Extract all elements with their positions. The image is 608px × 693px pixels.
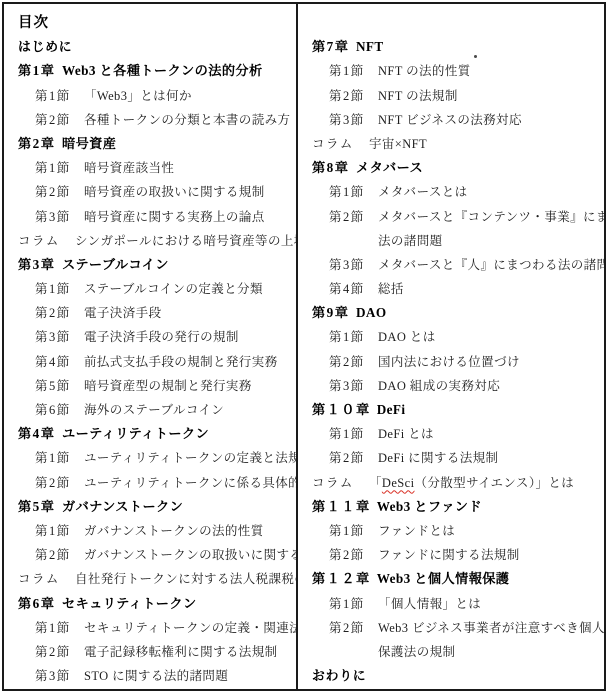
entry-title: 「Web3」とは何か: [84, 89, 192, 103]
entry-label: 第4節: [329, 277, 378, 301]
entry-continuation-text: 保護法の規制: [378, 645, 455, 659]
entry-title: 国内法における位置づけ: [378, 355, 520, 369]
section-entry: 第5節暗号資産型の規制と発行実務: [4, 374, 296, 398]
section-entry: 第2節電子記録移転権利に関する法規制: [4, 640, 296, 664]
entry-label: コラム: [18, 567, 75, 591]
entry-title: ファンドとは: [378, 524, 455, 538]
entry-label: 第2節: [329, 84, 378, 108]
entry-label: 第2節: [35, 180, 84, 204]
toc-page: { "toc": { "page_title": "目次", "colors":…: [0, 0, 608, 693]
entry-title: 自社発行トークンに対する法人税課税の問題: [75, 572, 298, 586]
entry-title: Web3 とファンド: [377, 499, 482, 514]
entry-title: 電子記録移転権利に関する法規制: [84, 645, 278, 659]
entry-label: 第1節: [329, 422, 378, 446]
entry-label: 第3節: [35, 325, 84, 349]
entry-title: ガバナンストークンの取扱いに関する規制: [84, 548, 298, 562]
section-entry: 第1節「個人情報」とは: [298, 592, 604, 616]
entry-label: 第2章: [18, 132, 56, 156]
entry-label: 第3節: [329, 374, 378, 398]
entry-label: 第2節: [35, 471, 84, 495]
section-entry: 第3節NFT ビジネスの法務対応: [298, 108, 604, 132]
entry-label: 第1節: [35, 156, 84, 180]
chapter-heading: 第8章メタバース: [298, 156, 604, 180]
entry-label: 第5節: [35, 374, 84, 398]
section-entry: 第2節暗号資産の取扱いに関する規制: [4, 180, 296, 204]
entry-label: 第1節: [329, 325, 378, 349]
entry-title: NFT ビジネスの法務対応: [378, 113, 522, 127]
entry-label: 第１０章: [312, 398, 371, 422]
toc-entry-hajimeni: はじめに: [4, 35, 296, 59]
section-entry: 第3節電子決済手段の発行の規制: [4, 325, 296, 349]
entry-label: 第１１章: [312, 495, 371, 519]
entry-title: ガバナンストークン: [62, 499, 183, 514]
entry-continuation: 保護法の規制: [298, 640, 604, 664]
section-entry: 第1節暗号資産該当性: [4, 156, 296, 180]
chapter-heading: 第7章NFT: [298, 35, 604, 59]
chapter-heading: 第2章暗号資産: [4, 132, 296, 156]
section-entry: 第2節ガバナンストークンの取扱いに関する規制: [4, 543, 296, 567]
entry-label: 第2節: [329, 350, 378, 374]
entry-label: 第1節: [35, 616, 84, 640]
entry-title-misspelled-word: DeSci: [382, 476, 415, 490]
entry-label: 第4章: [18, 422, 56, 446]
entry-label: 第3節: [329, 108, 378, 132]
entry-title: 電子決済手段の発行の規制: [84, 330, 239, 344]
entry-title: ユーティリティトークンの定義と法規制: [84, 451, 298, 465]
section-entry: 第2節国内法における位置づけ: [298, 350, 604, 374]
entry-title: 宇宙×NFT: [369, 137, 427, 151]
entry-label: 第1節: [329, 519, 378, 543]
section-entry: 第1節ユーティリティトークンの定義と法規制: [4, 446, 296, 470]
section-entry: 第1節ステーブルコインの定義と分類: [4, 277, 296, 301]
entry-continuation: 法の諸問題: [298, 229, 604, 253]
section-entry: 第2節DeFi に関する法規制: [298, 446, 604, 470]
page-title-text: 目次: [18, 15, 49, 31]
entry-title-pre: 「: [369, 476, 382, 490]
entry-label: 第3節: [35, 205, 84, 229]
entry-title: NFT: [356, 39, 384, 54]
section-entry: 第1節「Web3」とは何か: [4, 84, 296, 108]
entry-text: おわりに: [312, 669, 366, 683]
entry-title: DeFi に関する法規制: [378, 451, 498, 465]
entry-title-post: （分散型サイエンス）」とは: [414, 476, 574, 490]
entry-title: 電子決済手段: [84, 306, 161, 320]
entry-title: Web3 と個人情報保護: [377, 571, 510, 586]
entry-title: 総括: [378, 282, 404, 296]
entry-label: 第2節: [329, 205, 378, 229]
entry-label: 第1節: [35, 277, 84, 301]
entry-title: DAO とは: [378, 330, 436, 344]
entry-label: 第2節: [329, 446, 378, 470]
entry-title: DeFi: [377, 402, 406, 417]
page-border-frame: 目次はじめに第1章Web3 と各種トークンの法的分析第1節「Web3」とは何か第…: [2, 2, 606, 691]
entry-label: 第１２章: [312, 567, 371, 591]
entry-label: 第1章: [18, 59, 56, 83]
entry-title: ファンドに関する法規制: [378, 548, 520, 562]
entry-title: ユーティリティトークン: [62, 426, 209, 441]
entry-title: NFT の法規制: [378, 89, 458, 103]
entry-label: 第3節: [35, 664, 84, 688]
section-entry: 第1節セキュリティトークンの定義・関連法令: [4, 616, 296, 640]
section-entry: 第2節電子決済手段: [4, 301, 296, 325]
entry-label: 第2節: [35, 640, 84, 664]
entry-label: 第1節: [329, 59, 378, 83]
section-entry: 第4節総括: [298, 277, 604, 301]
chapter-heading: 第１０章DeFi: [298, 398, 604, 422]
entry-title: ユーティリティトークンに係る具体的事例: [84, 476, 298, 490]
section-entry: 第1節DeFi とは: [298, 422, 604, 446]
entry-title: DAO 組成の実務対応: [378, 379, 500, 393]
entry-label: 第1節: [35, 446, 84, 470]
entry-label: 第2節: [35, 108, 84, 132]
column-entry: コラム「DeSci（分散型サイエンス）」とは: [298, 471, 604, 495]
entry-label: コラム: [312, 471, 369, 495]
entry-title: Web3 ビジネス事業者が注意すべき個人情報: [378, 621, 604, 635]
column-entry: コラムシンガポールにおける暗号資産等の上場等: [4, 229, 296, 253]
stray-ink-dot: [474, 55, 477, 58]
section-entry: 第3節メタバースと『人』にまつわる法の諸問題: [298, 253, 604, 277]
toc-entry-owarini: おわりに: [298, 664, 604, 688]
entry-label: 第6節: [35, 398, 84, 422]
section-entry: 第1節NFT の法的性質: [298, 59, 604, 83]
section-entry: 第3節暗号資産に関する実務上の論点: [4, 205, 296, 229]
section-entry: 第6節海外のステーブルコイン: [4, 398, 296, 422]
chapter-heading: 第１１章Web3 とファンド: [298, 495, 604, 519]
entry-label: 第5章: [18, 495, 56, 519]
section-entry: 第4節前払式支払手段の規制と発行実務: [4, 350, 296, 374]
entry-label: 第4節: [35, 350, 84, 374]
chapter-heading: 第4章ユーティリティトークン: [4, 422, 296, 446]
section-entry: 第1節ガバナンストークンの法的性質: [4, 519, 296, 543]
entry-title: ステーブルコイン: [62, 257, 169, 272]
entry-title: メタバース: [356, 160, 423, 175]
entry-text: はじめに: [18, 40, 72, 54]
section-entry: 第2節Web3 ビジネス事業者が注意すべき個人情報: [298, 616, 604, 640]
section-entry: 第2節各種トークンの分類と本書の読み方: [4, 108, 296, 132]
blank-line: [298, 11, 604, 35]
section-entry: 第1節ファンドとは: [298, 519, 604, 543]
entry-title: DAO: [356, 305, 387, 320]
entry-title: 暗号資産に関する実務上の論点: [84, 210, 265, 224]
entry-title: セキュリティトークン: [62, 596, 197, 611]
entry-title: メタバースとは: [378, 185, 468, 199]
entry-label: 第2節: [35, 543, 84, 567]
entry-title: 前払式支払手段の規制と発行実務: [84, 355, 278, 369]
column-entry: コラム宇宙×NFT: [298, 132, 604, 156]
entry-label: コラム: [312, 132, 369, 156]
entry-title: メタバースと『人』にまつわる法の諸問題: [378, 258, 604, 272]
entry-title: 暗号資産型の規制と発行実務: [84, 379, 252, 393]
entry-label: 第1節: [329, 180, 378, 204]
chapter-heading: 第１２章Web3 と個人情報保護: [298, 567, 604, 591]
toc-left-column: 目次はじめに第1章Web3 と各種トークンの法的分析第1節「Web3」とは何か第…: [4, 4, 298, 689]
chapter-heading: 第3章ステーブルコイン: [4, 253, 296, 277]
entry-label: 第2節: [329, 616, 378, 640]
entry-label: 第1節: [35, 519, 84, 543]
entry-title: ガバナンストークンの法的性質: [84, 524, 264, 538]
section-entry: 第2節NFT の法規制: [298, 84, 604, 108]
toc-right-column: 第7章NFT第1節NFT の法的性質第2節NFT の法規制第3節NFT ビジネス…: [298, 4, 604, 689]
entry-title: 暗号資産の取扱いに関する規制: [84, 185, 265, 199]
chapter-heading: 第5章ガバナンストークン: [4, 495, 296, 519]
entry-title: NFT の法的性質: [378, 64, 471, 78]
page-title: 目次: [4, 11, 296, 35]
entry-label: 第3節: [329, 253, 378, 277]
section-entry: 第3節STO に関する法的諸問題: [4, 664, 296, 688]
entry-label: 第1節: [329, 592, 378, 616]
chapter-heading: 第1章Web3 と各種トークンの法的分析: [4, 59, 296, 83]
entry-title: シンガポールにおける暗号資産等の上場等: [75, 234, 298, 248]
entry-label: 第8章: [312, 156, 350, 180]
entry-title: 海外のステーブルコイン: [84, 403, 224, 417]
entry-title: 各種トークンの分類と本書の読み方: [84, 113, 290, 127]
entry-label: 第3章: [18, 253, 56, 277]
entry-continuation-text: 法の諸問題: [378, 234, 443, 248]
entry-title: セキュリティトークンの定義・関連法令: [84, 621, 298, 635]
entry-title: 「個人情報」とは: [378, 597, 481, 611]
entry-label: 第2節: [35, 301, 84, 325]
section-entry: 第3節DAO 組成の実務対応: [298, 374, 604, 398]
entry-title: 暗号資産該当性: [84, 161, 174, 175]
entry-title: STO に関する法的諸問題: [84, 669, 228, 683]
entry-label: 第7章: [312, 35, 350, 59]
entry-title: DeFi とは: [378, 427, 434, 441]
entry-label: 第2節: [329, 543, 378, 567]
section-entry: 第1節メタバースとは: [298, 180, 604, 204]
section-entry: 第2節メタバースと『コンテンツ・事業』にまつわる: [298, 205, 604, 229]
chapter-heading: 第6章セキュリティトークン: [4, 592, 296, 616]
entry-title: メタバースと『コンテンツ・事業』にまつわる: [378, 210, 604, 224]
entry-title: Web3 と各種トークンの法的分析: [62, 63, 263, 78]
entry-label: 第1節: [35, 84, 84, 108]
entry-label: 第9章: [312, 301, 350, 325]
column-entry: コラム自社発行トークンに対する法人税課税の問題: [4, 567, 296, 591]
section-entry: 第2節ユーティリティトークンに係る具体的事例: [4, 471, 296, 495]
chapter-heading: 第9章DAO: [298, 301, 604, 325]
entry-title: 暗号資産: [62, 136, 116, 151]
entry-title: ステーブルコインの定義と分類: [84, 282, 263, 296]
section-entry: 第1節DAO とは: [298, 325, 604, 349]
section-entry: 第2節ファンドに関する法規制: [298, 543, 604, 567]
entry-label: コラム: [18, 229, 75, 253]
entry-label: 第6章: [18, 592, 56, 616]
